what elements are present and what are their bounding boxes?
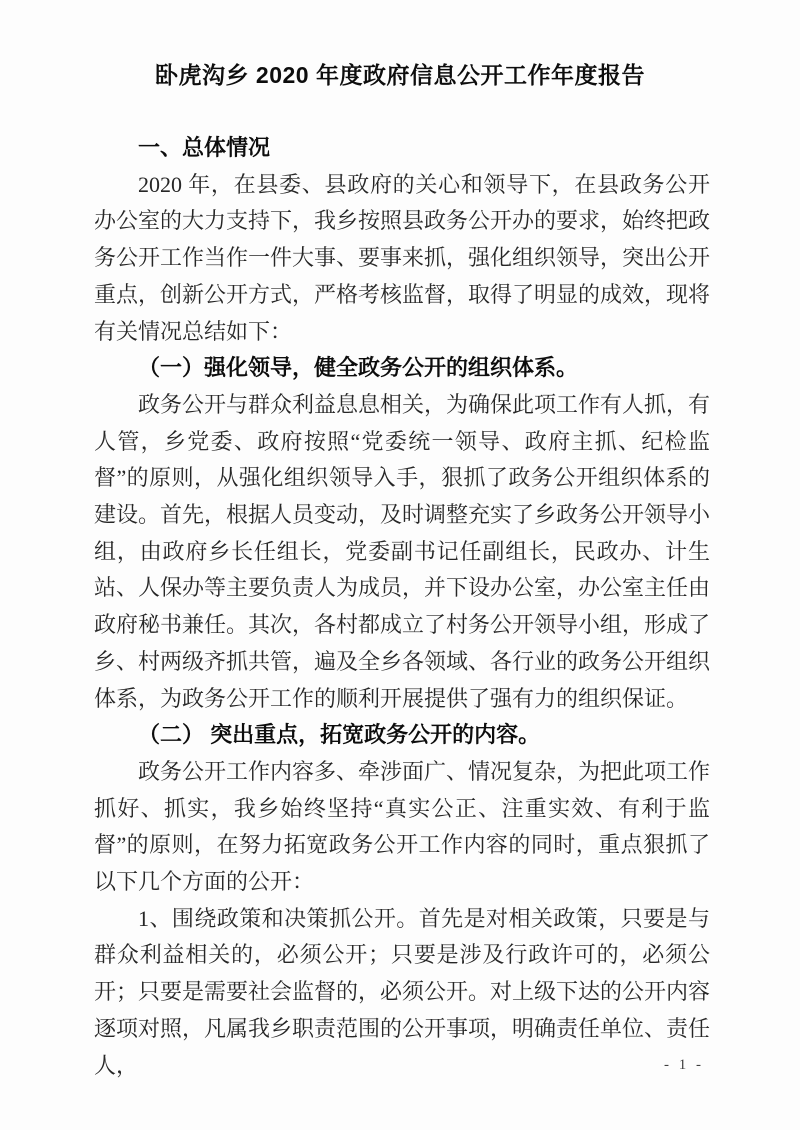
document-title: 卧虎沟乡 2020 年度政府信息公开工作年度报告 xyxy=(0,60,800,90)
document-page: 卧虎沟乡 2020 年度政府信息公开工作年度报告 一、总体情况 2020 年，在… xyxy=(0,0,800,1130)
page-number: - 1 - xyxy=(664,1054,704,1076)
paragraph-organization-system: 政务公开与群众利益息息相关，为确保此项工作有人抓，有人管，乡党委、政府按照“党委… xyxy=(94,387,710,717)
sub-heading-2-highlight-key-points: （二） 突出重点，拓宽政务公开的内容。 xyxy=(94,717,710,754)
section-heading-overview: 一、总体情况 xyxy=(94,130,710,167)
sub-heading-1-strengthen-leadership: （一）强化领导，健全政务公开的组织体系。 xyxy=(94,350,710,387)
paragraph-policy-disclosure: 1、围绕政策和决策抓公开。首先是对相关政策，只要是与群众利益相关的，必须公开；只… xyxy=(94,901,710,1085)
document-body: 一、总体情况 2020 年，在县委、县政府的关心和领导下，在县政务公开办公室的大… xyxy=(94,130,710,1084)
paragraph-intro: 2020 年，在县委、县政府的关心和领导下，在县政务公开办公室的大力支持下，我乡… xyxy=(94,167,710,351)
paragraph-disclosure-content: 政务公开工作内容多、牵涉面广、情况复杂，为把此项工作抓好、抓实，我乡始终坚持“真… xyxy=(94,754,710,901)
